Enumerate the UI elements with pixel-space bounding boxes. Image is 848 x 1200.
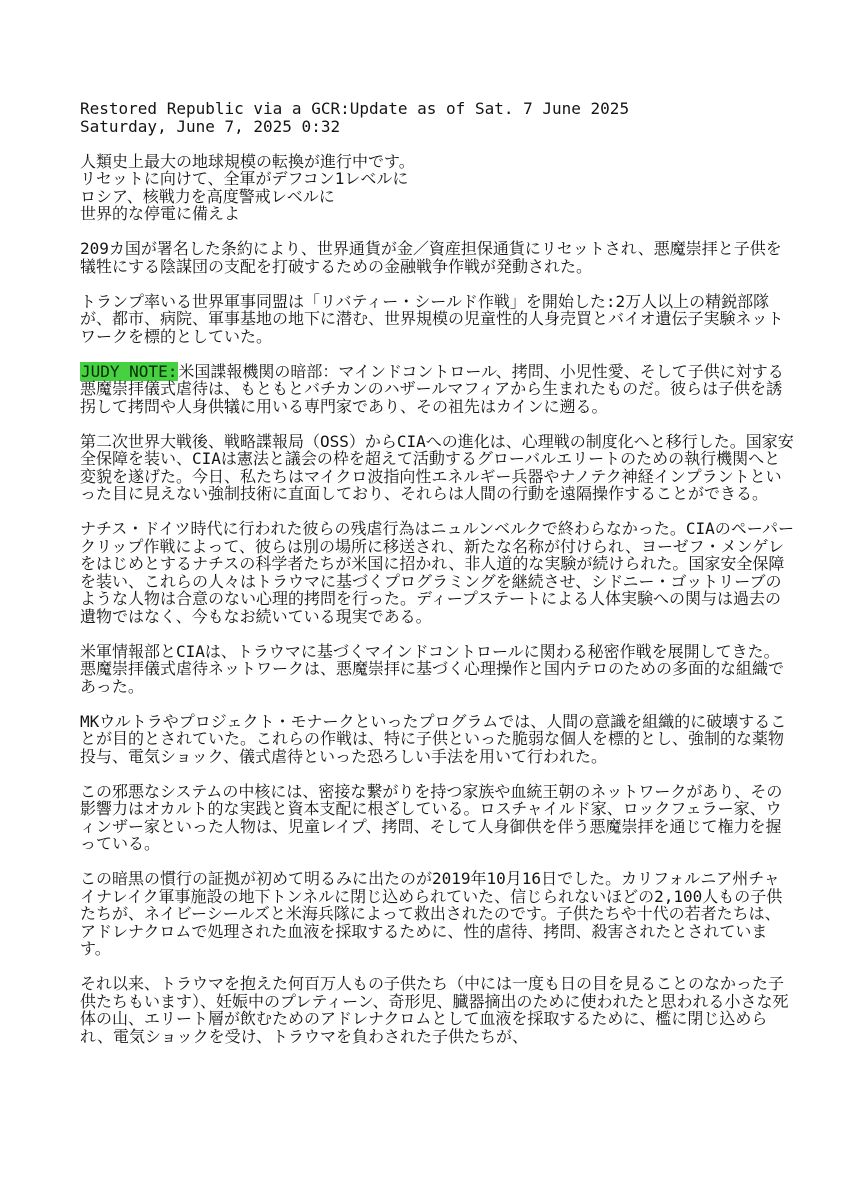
paragraph-treaty: 209カ国が署名した条約により、世界通貨が金／資産担保通貨にリセットされ、悪魔崇… — [80, 240, 794, 275]
paragraph-mkultra: MKウルトラやプロジェクト・モナークといったプログラムでは、人間の意識を組織的に… — [80, 713, 794, 766]
paragraph-military-intel: 米軍情報部とCIAは、トラウマに基づくマインドコントロールに関わる秘密作戦を展開… — [80, 643, 794, 696]
document-title: Restored Republic via a GCR:Update as of… — [80, 100, 794, 118]
paragraph-china-lake: この暗黒の慣行の証拠が初めて明るみに出たのが2019年10月16日でした。カリフ… — [80, 870, 794, 958]
paragraph-bloodline: この邪悪なシステムの中核には、密接な繋がりを持つ家族や血統王朝のネットワークがあ… — [80, 783, 794, 853]
document-header: Restored Republic via a GCR:Update as of… — [80, 100, 794, 135]
paragraph-liberty-shield: トランプ率いる世界軍事同盟は「リバティー・シールド作戦」を開始した:2万人以上の… — [80, 293, 794, 346]
document-page: Restored Republic via a GCR:Update as of… — [0, 0, 848, 1200]
alert-paragraph: 人類史上最大の地球規模の転換が進行中です。 リセットに向けて、全軍がデフコン1レ… — [80, 153, 794, 223]
alert-line: 人類史上最大の地球規模の転換が進行中です。 — [80, 153, 794, 171]
judy-note-highlight: JUDY NOTE: — [80, 362, 178, 381]
paragraph-oss-cia: 第二次世界大戦後、戦略諜報局（OSS）からCIAへの進化は、心理戦の制度化へと移… — [80, 433, 794, 503]
document-date: Saturday, June 7, 2025 0:32 — [80, 118, 794, 136]
alert-line: ロシア、核戦力を高度警戒レベルに — [80, 188, 794, 206]
paragraph-judy-note: JUDY NOTE:米国諜報機関の暗部：マインドコントロール、拷問、小児性愛、そ… — [80, 363, 794, 416]
paragraph-paperclip: ナチス・ドイツ時代に行われた彼らの残虐行為はニュルンベルクで終わらなかった。CI… — [80, 520, 794, 625]
document-text-area: Restored Republic via a GCR:Update as of… — [80, 100, 794, 1063]
judy-note-text: 米国諜報機関の暗部：マインドコントロール、拷問、小児性愛、そして子供に対する悪魔… — [80, 362, 784, 416]
alert-line: 世界的な停電に備えよ — [80, 205, 794, 223]
alert-line: リセットに向けて、全軍がデフコン1レベルに — [80, 170, 794, 188]
paragraph-since-then: それ以来、トラウマを抱えた何百万人もの子供たち（中には一度も日の目を見ることのな… — [80, 975, 794, 1045]
